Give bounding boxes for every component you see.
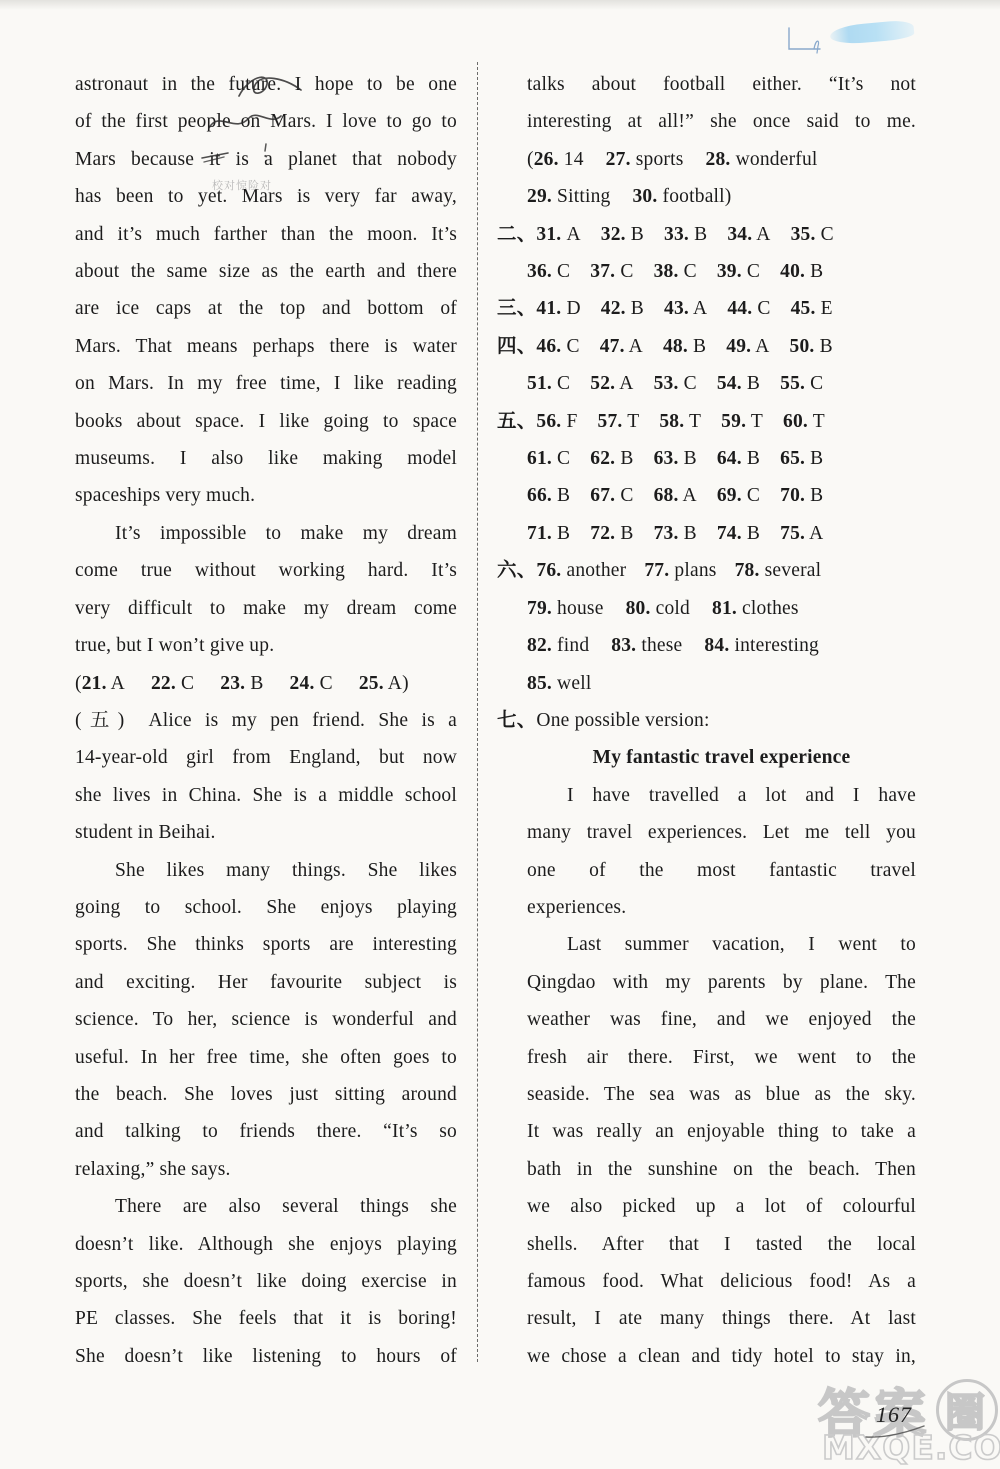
answer-number: 66. bbox=[527, 485, 552, 506]
text-line: the beach. She loves just sitting around bbox=[75, 1076, 457, 1113]
text-segment: C bbox=[805, 373, 823, 394]
text-line: 三、41. D42. B43. A44. C45. E bbox=[497, 290, 916, 327]
text-segment: A bbox=[625, 336, 643, 357]
text-segment: A bbox=[805, 523, 823, 544]
text-segment: and exciting. Her favourite subject is bbox=[75, 972, 457, 993]
answer-gap bbox=[639, 426, 659, 427]
text-line: 51. C52. A53. C54. B55. C bbox=[497, 365, 916, 402]
answer-number: 85. bbox=[527, 673, 552, 694]
text-segment: T bbox=[808, 411, 825, 432]
answer-number: 26. bbox=[534, 149, 559, 170]
answer-gap bbox=[697, 388, 717, 389]
text-segment: B bbox=[552, 485, 570, 506]
answer-number: 60. bbox=[783, 411, 808, 432]
answer-gap bbox=[701, 426, 721, 427]
answer-number: 63. bbox=[654, 448, 679, 469]
text-segment: she lives in China. She is a middle scho… bbox=[75, 785, 457, 806]
answer-gap bbox=[697, 500, 717, 501]
text-segment: experiences. bbox=[527, 897, 626, 918]
answer-number: 29. bbox=[527, 186, 552, 207]
answer-number: 73. bbox=[654, 523, 679, 544]
text-line: Qingdao with my parents by plane. The bbox=[497, 964, 916, 1001]
text-line: very difficult to make my dream come bbox=[75, 590, 457, 627]
answer-gap bbox=[634, 500, 654, 501]
answer-gap bbox=[771, 239, 791, 240]
text-segment: spaceships very much. bbox=[75, 485, 255, 506]
answer-number: 34. bbox=[727, 224, 752, 245]
text-segment: 14-year-old girl from England, but now bbox=[75, 747, 457, 768]
answer-number: 23. bbox=[220, 673, 245, 694]
text-segment: I have travelled a lot and I have bbox=[567, 785, 916, 806]
text-segment: A bbox=[689, 298, 707, 319]
answer-gap bbox=[570, 276, 590, 277]
answer-number: 51. bbox=[527, 373, 552, 394]
answer-number: 83. bbox=[611, 635, 636, 656]
text-segment: on Mars. In my free time, I like reading bbox=[75, 373, 457, 394]
answer-number: 49. bbox=[726, 336, 751, 357]
text-segment: B bbox=[679, 523, 697, 544]
text-segment: clothes bbox=[737, 598, 799, 619]
text-line: come true without working hard. It’s bbox=[75, 552, 457, 589]
text-segment: several bbox=[760, 560, 822, 581]
text-segment: E bbox=[816, 298, 833, 319]
text-line: books about space. I like going to space bbox=[75, 403, 457, 440]
text-segment: astronaut in the future. I hope to be on… bbox=[75, 74, 457, 95]
right-column: talks about football either. “It’s notin… bbox=[497, 66, 916, 1375]
text-segment: very difficult to make my dream come bbox=[75, 598, 457, 619]
answer-number: 24. bbox=[290, 673, 315, 694]
answer-number: 36. bbox=[527, 261, 552, 282]
text-segment: useful. In her free time, she often goes… bbox=[75, 1047, 457, 1068]
text-line: Mars because it is a planet that nobody bbox=[75, 141, 457, 178]
text-line: 14-year-old girl from England, but now bbox=[75, 739, 457, 776]
text-segment: C bbox=[742, 485, 760, 506]
text-line: spaceships very much. bbox=[75, 477, 457, 514]
text-segment: C bbox=[561, 336, 579, 357]
answer-gap bbox=[333, 688, 359, 689]
text-line: and it’s much farther than the moon. It’… bbox=[75, 216, 457, 253]
answer-gap bbox=[697, 276, 717, 277]
text-segment: doesn’t like. Although she enjoys playin… bbox=[75, 1234, 457, 1255]
answer-gap bbox=[717, 575, 735, 576]
answer-gap bbox=[194, 688, 220, 689]
text-line: 五、56. F57. T58. T59. T60. T bbox=[497, 403, 916, 440]
text-line: 71. B72. B73. B74. B75. A bbox=[497, 515, 916, 552]
answer-gap bbox=[763, 426, 783, 427]
answer-number: 72. bbox=[590, 523, 615, 544]
text-segment: One possible version: bbox=[536, 710, 709, 731]
text-segment: C bbox=[752, 298, 770, 319]
answer-number: 21. bbox=[82, 673, 107, 694]
answer-gap bbox=[580, 351, 600, 352]
answer-gap bbox=[570, 463, 590, 464]
answer-gap bbox=[626, 575, 644, 576]
text-segment: find bbox=[552, 635, 589, 656]
text-segment: ( bbox=[75, 673, 82, 694]
left-column: astronaut in the future. I hope to be on… bbox=[75, 66, 457, 1375]
text-segment: result, I ate many things there. At last bbox=[527, 1308, 916, 1329]
answer-gap bbox=[570, 538, 590, 539]
answer-number: 57. bbox=[598, 411, 623, 432]
text-segment: C bbox=[176, 673, 194, 694]
answer-gap bbox=[760, 388, 780, 389]
text-line: 85. well bbox=[497, 665, 916, 702]
answer-number: 48. bbox=[663, 336, 688, 357]
page-number: 167 bbox=[876, 1402, 912, 1428]
answer-number: 67. bbox=[590, 485, 615, 506]
answer-number: 62. bbox=[590, 448, 615, 469]
answer-gap bbox=[634, 538, 654, 539]
answer-gap bbox=[682, 650, 704, 651]
text-line: result, I ate many things there. At last bbox=[497, 1300, 916, 1337]
text-segment: PE classes. She feels that it is boring! bbox=[75, 1308, 457, 1329]
text-segment: going to school. She enjoys playing bbox=[75, 897, 457, 918]
answer-number: 74. bbox=[717, 523, 742, 544]
text-segment: Alice is my pen friend. She is a bbox=[148, 710, 457, 731]
text-segment: interesting bbox=[729, 635, 819, 656]
answer-number: 28. bbox=[706, 149, 731, 170]
answer-number: 22. bbox=[151, 673, 176, 694]
text-line: 二、31. A32. B33. B34. A35. C bbox=[497, 216, 916, 253]
text-line: going to school. She enjoys playing bbox=[75, 889, 457, 926]
text-line: are ice caps at the top and bottom of bbox=[75, 290, 457, 327]
answer-gap bbox=[697, 538, 717, 539]
text-segment: A bbox=[751, 336, 769, 357]
text-segment: cold bbox=[651, 598, 690, 619]
answer-gap bbox=[760, 538, 780, 539]
text-segment: about the same size as the earth and the… bbox=[75, 261, 457, 282]
answer-gap bbox=[581, 313, 601, 314]
answer-number: 25. bbox=[359, 673, 384, 694]
text-segment: shells. After that I tasted the local bbox=[527, 1234, 916, 1255]
answer-gap bbox=[264, 688, 290, 689]
text-segment: these bbox=[636, 635, 682, 656]
answer-gap bbox=[578, 426, 598, 427]
text-segment: B bbox=[805, 448, 823, 469]
text-segment: C bbox=[615, 261, 633, 282]
text-segment: interesting at all!” she once said to me… bbox=[527, 111, 916, 132]
text-segment: B bbox=[689, 224, 707, 245]
text-line: talks about football either. “It’s not bbox=[497, 66, 916, 103]
text-line: fresh air there. First, we went to the bbox=[497, 1039, 916, 1076]
text-segment: of the first people on Mars. I love to g… bbox=[75, 111, 457, 132]
text-segment: C bbox=[679, 373, 697, 394]
answer-number: 71. bbox=[527, 523, 552, 544]
answer-number: 84. bbox=[704, 635, 729, 656]
text-line: 六、76. another77. plans78. several bbox=[497, 552, 916, 589]
text-line: bath in the sunshine on the beach. Then bbox=[497, 1151, 916, 1188]
scan-edge-shade bbox=[0, 0, 1000, 10]
text-segment: B bbox=[615, 523, 633, 544]
answer-number: 52. bbox=[590, 373, 615, 394]
text-segment: Mars. That means perhaps there is water bbox=[75, 336, 457, 357]
answer-number: 42. bbox=[601, 298, 626, 319]
text-segment: and it’s much farther than the moon. It’… bbox=[75, 224, 457, 245]
text-segment: B bbox=[552, 523, 570, 544]
answer-number: 41. bbox=[536, 298, 561, 319]
text-line: famous food. What delicious food! As a bbox=[497, 1263, 916, 1300]
answer-gap bbox=[644, 239, 664, 240]
text-segment: sports, she doesn’t like doing exercise … bbox=[75, 1271, 457, 1292]
text-segment: museums. I also like making model bbox=[75, 448, 457, 469]
text-segment: C bbox=[552, 448, 570, 469]
text-segment: plans bbox=[669, 560, 716, 581]
text-line: seaside. The sea was as blue as the sky. bbox=[497, 1076, 916, 1113]
answer-number: 81. bbox=[712, 598, 737, 619]
text-segment: B bbox=[679, 448, 697, 469]
text-segment: It was really an enjoyable thing to take… bbox=[527, 1121, 916, 1142]
text-segment: many travel experiences. Let me tell you bbox=[527, 822, 916, 843]
text-segment: sports. She thinks sports are interestin… bbox=[75, 934, 457, 955]
text-line: Last summer vacation, I went to bbox=[497, 926, 916, 963]
text-line: There are also several things she bbox=[75, 1188, 457, 1225]
text-line: doesn’t like. Although she enjoys playin… bbox=[75, 1226, 457, 1263]
text-line: sports, she doesn’t like doing exercise … bbox=[75, 1263, 457, 1300]
text-segment: and talking to friends there. “It’s so bbox=[75, 1121, 457, 1142]
text-segment: A bbox=[561, 224, 580, 245]
answer-number: 43. bbox=[664, 298, 689, 319]
text-segment: B bbox=[626, 298, 644, 319]
answer-number: 32. bbox=[601, 224, 626, 245]
answer-gap bbox=[706, 351, 726, 352]
text-line: experiences. bbox=[497, 889, 916, 926]
blue-pen-mark bbox=[786, 26, 832, 58]
answer-number: 54. bbox=[717, 373, 742, 394]
answer-number: 80. bbox=[626, 598, 651, 619]
answer-gap bbox=[690, 613, 712, 614]
text-segment: Qingdao with my parents by plane. The bbox=[527, 972, 916, 993]
answer-number: 65. bbox=[780, 448, 805, 469]
answer-gap bbox=[125, 688, 151, 689]
answer-number: 四、 bbox=[497, 336, 536, 357]
text-line: 七、One possible version: bbox=[497, 702, 916, 739]
text-line: I have travelled a lot and I have bbox=[497, 777, 916, 814]
text-line: she lives in China. She is a middle scho… bbox=[75, 777, 457, 814]
text-segment: (五) bbox=[75, 710, 124, 731]
answer-gap bbox=[643, 351, 663, 352]
text-segment: T bbox=[684, 411, 701, 432]
answer-number: 三、 bbox=[497, 298, 536, 319]
text-segment: A bbox=[679, 485, 697, 506]
answer-number: 82. bbox=[527, 635, 552, 656]
text-line: science. To her, science is wonderful an… bbox=[75, 1001, 457, 1038]
answer-number: 56. bbox=[536, 411, 561, 432]
text-segment: F bbox=[561, 411, 577, 432]
text-segment: are ice caps at the top and bottom of bbox=[75, 298, 457, 319]
text-segment: we chose a clean and tidy hotel to stay … bbox=[527, 1346, 916, 1367]
text-segment: ( bbox=[527, 149, 534, 170]
text-line: of the first people on Mars. I love to g… bbox=[75, 103, 457, 140]
text-segment: C bbox=[552, 373, 570, 394]
answer-number: 二、 bbox=[497, 224, 536, 245]
text-line: useful. In her free time, she often goes… bbox=[75, 1039, 457, 1076]
text-segment: fresh air there. First, we went to the bbox=[527, 1047, 916, 1068]
text-line: shells. After that I tasted the local bbox=[497, 1226, 916, 1263]
text-line: 66. B67. C68. A69. C70. B bbox=[497, 477, 916, 514]
text-line: 29. Sitting30. football) bbox=[497, 178, 916, 215]
text-line: It’s impossible to make my dream bbox=[75, 515, 457, 552]
text-segment: A bbox=[107, 673, 125, 694]
answer-number: 六、 bbox=[497, 560, 536, 581]
answer-number: 31. bbox=[536, 224, 561, 245]
text-segment: B bbox=[688, 336, 706, 357]
text-segment: C bbox=[315, 673, 333, 694]
text-line: Mars. That means perhaps there is water bbox=[75, 328, 457, 365]
answer-number: 50. bbox=[790, 336, 815, 357]
answer-gap bbox=[634, 276, 654, 277]
answer-gap bbox=[644, 313, 664, 314]
column-divider bbox=[477, 62, 478, 1362]
answer-gap bbox=[771, 313, 791, 314]
text-segment: B bbox=[815, 336, 833, 357]
answer-number: 69. bbox=[717, 485, 742, 506]
text-segment: weather was fine, and we enjoyed the bbox=[527, 1009, 916, 1030]
answer-number: 27. bbox=[606, 149, 631, 170]
answer-book-page: astronaut in the future. I hope to be on… bbox=[0, 0, 1000, 1469]
answer-gap bbox=[570, 500, 590, 501]
text-segment: 14 bbox=[559, 149, 584, 170]
answer-number: 64. bbox=[717, 448, 742, 469]
text-segment: B bbox=[245, 673, 263, 694]
text-segment: famous food. What delicious food! As a bbox=[527, 1271, 916, 1292]
answer-number: 55. bbox=[780, 373, 805, 394]
text-segment: C bbox=[742, 261, 760, 282]
text-segment: C bbox=[615, 485, 633, 506]
answer-gap bbox=[589, 650, 611, 651]
text-segment: She likes many things. She likes bbox=[115, 860, 457, 881]
text-line: and talking to friends there. “It’s so bbox=[75, 1113, 457, 1150]
text-line: She doesn’t like listening to hours of bbox=[75, 1338, 457, 1375]
text-segment: science. To her, science is wonderful an… bbox=[75, 1009, 457, 1030]
text-line: My fantastic travel experience bbox=[497, 739, 916, 776]
answer-number: 五、 bbox=[497, 411, 536, 432]
text-line: one of the most fantastic travel bbox=[497, 852, 916, 889]
answer-gap bbox=[707, 313, 727, 314]
text-segment: She doesn’t like listening to hours of bbox=[75, 1346, 457, 1367]
text-line: on Mars. In my free time, I like reading bbox=[75, 365, 457, 402]
text-line: (21. A22. C23. B24. C25. A) bbox=[75, 665, 457, 702]
answer-gap bbox=[760, 500, 780, 501]
answer-gap bbox=[760, 276, 780, 277]
answer-gap bbox=[684, 164, 706, 165]
answer-number: 78. bbox=[735, 560, 760, 581]
answer-gap bbox=[124, 725, 148, 726]
text-line: we also picked up a lot of colourful bbox=[497, 1188, 916, 1225]
answer-number: 45. bbox=[791, 298, 816, 319]
answer-number: 61. bbox=[527, 448, 552, 469]
text-line: astronaut in the future. I hope to be on… bbox=[75, 66, 457, 103]
text-segment: house bbox=[552, 598, 604, 619]
text-line: student in Beihai. bbox=[75, 814, 457, 851]
text-segment: T bbox=[623, 411, 640, 432]
answer-gap bbox=[697, 463, 717, 464]
text-line: many travel experiences. Let me tell you bbox=[497, 814, 916, 851]
text-segment: relaxing,” she says. bbox=[75, 1159, 231, 1180]
answer-number: 33. bbox=[664, 224, 689, 245]
text-line: (五)Alice is my pen friend. She is a bbox=[75, 702, 457, 739]
text-line: 36. C37. C38. C39. C40. B bbox=[497, 253, 916, 290]
text-segment: There are also several things she bbox=[115, 1196, 457, 1217]
text-line: 82. find83. these84. interesting bbox=[497, 627, 916, 664]
text-segment: well bbox=[552, 673, 591, 694]
text-segment: B bbox=[742, 523, 760, 544]
answer-gap bbox=[584, 164, 606, 165]
text-segment: talks about football either. “It’s not bbox=[527, 74, 916, 95]
text-segment: come true without working hard. It’s bbox=[75, 560, 457, 581]
answer-gap bbox=[604, 613, 626, 614]
text-segment: B bbox=[742, 448, 760, 469]
text-segment: T bbox=[746, 411, 763, 432]
answer-number: 30. bbox=[632, 186, 657, 207]
answer-gap bbox=[610, 201, 632, 202]
answer-number: 70. bbox=[780, 485, 805, 506]
text-segment: Sitting bbox=[552, 186, 611, 207]
text-segment: football) bbox=[657, 186, 731, 207]
text-line: and exciting. Her favourite subject is bbox=[75, 964, 457, 1001]
answer-number: 37. bbox=[590, 261, 615, 282]
text-segment: bath in the sunshine on the beach. Then bbox=[527, 1159, 916, 1180]
answer-gap bbox=[634, 388, 654, 389]
text-segment: student in Beihai. bbox=[75, 822, 216, 843]
text-segment: B bbox=[626, 224, 644, 245]
answer-number: 75. bbox=[780, 523, 805, 544]
text-segment: the beach. She loves just sitting around bbox=[75, 1084, 457, 1105]
answer-gap bbox=[581, 239, 601, 240]
highlighter-mark bbox=[829, 19, 914, 45]
text-line: 61. C62. B63. B64. B65. B bbox=[497, 440, 916, 477]
text-line: interesting at all!” she once said to me… bbox=[497, 103, 916, 140]
text-segment: C bbox=[552, 261, 570, 282]
answer-number: 44. bbox=[727, 298, 752, 319]
answer-gap bbox=[770, 351, 790, 352]
text-segment: B bbox=[615, 448, 633, 469]
answer-number: 68. bbox=[654, 485, 679, 506]
text-segment: A) bbox=[384, 673, 409, 694]
answer-number: 七、 bbox=[497, 710, 536, 731]
answer-number: 53. bbox=[654, 373, 679, 394]
text-segment: B bbox=[742, 373, 760, 394]
text-line: 四、46. C47. A48. B49. A50. B bbox=[497, 328, 916, 365]
text-line: PE classes. She feels that it is boring! bbox=[75, 1300, 457, 1337]
answer-gap bbox=[634, 463, 654, 464]
text-segment: A bbox=[752, 224, 770, 245]
answer-number: 47. bbox=[600, 336, 625, 357]
answer-number: 40. bbox=[780, 261, 805, 282]
text-segment: A bbox=[615, 373, 633, 394]
answer-number: 35. bbox=[791, 224, 816, 245]
text-line: museums. I also like making model bbox=[75, 440, 457, 477]
text-segment: D bbox=[561, 298, 580, 319]
answer-number: 39. bbox=[717, 261, 742, 282]
text-segment: we also picked up a lot of colourful bbox=[527, 1196, 916, 1217]
text-line: we chose a clean and tidy hotel to stay … bbox=[497, 1338, 916, 1375]
text-line: true, but I won’t give up. bbox=[75, 627, 457, 664]
answer-number: 59. bbox=[721, 411, 746, 432]
answer-gap bbox=[570, 388, 590, 389]
text-line: relaxing,” she says. bbox=[75, 1151, 457, 1188]
text-segment: sports bbox=[631, 149, 684, 170]
text-line: sports. She thinks sports are interestin… bbox=[75, 926, 457, 963]
text-segment: B bbox=[805, 485, 823, 506]
answer-number: 76. bbox=[536, 560, 561, 581]
proof-watermark: 校对惊险对 bbox=[212, 177, 272, 193]
text-segment: Mars because it is a planet that nobody bbox=[75, 149, 457, 170]
text-segment: C bbox=[679, 261, 697, 282]
answer-number: 58. bbox=[659, 411, 684, 432]
text-line: weather was fine, and we enjoyed the bbox=[497, 1001, 916, 1038]
text-segment: wonderful bbox=[731, 149, 818, 170]
answer-number: 38. bbox=[654, 261, 679, 282]
